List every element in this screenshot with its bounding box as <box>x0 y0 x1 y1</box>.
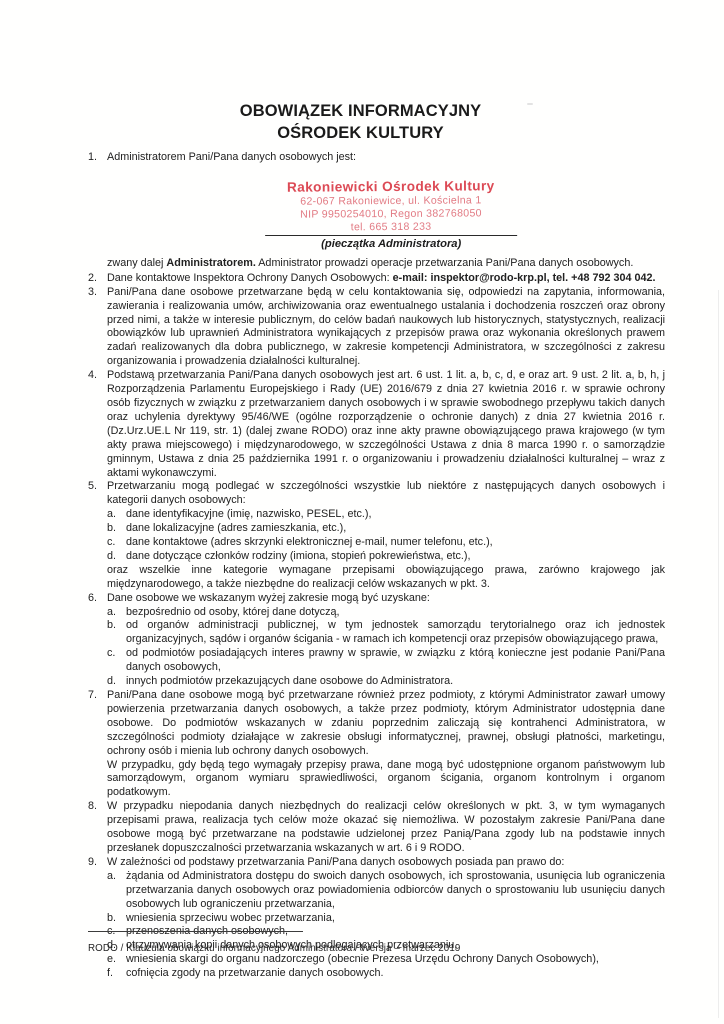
list-item-8: 8. W przypadku niepodania danych niezbęd… <box>88 800 665 856</box>
sub-letter: b. <box>107 619 126 647</box>
sub-text: wniesienia sprzeciwu wobec przetwarzania… <box>126 912 665 926</box>
item-text: Podstawą przetwarzania Pani/Pana danych … <box>107 369 665 480</box>
sub-item-6a: a. bezpośrednio od osoby, której dane do… <box>107 606 665 620</box>
list-item-5: 5. Przetwarzaniu mogą podlegać w szczegó… <box>88 480 665 591</box>
item-number: 8. <box>88 800 107 856</box>
sub-item-9f: f. cofnięcia zgody na przetwarzanie dany… <box>107 967 665 981</box>
item-text-continued: zwany dalej Administratorem. Administrat… <box>107 257 665 271</box>
list-item-7: 7. Pani/Pana dane osobowe mogą być przet… <box>88 689 665 800</box>
item-text: Pani/Pana dane osobowe mogą być przetwar… <box>107 689 665 759</box>
item-text: Pani/Pana dane osobowe przetwarzane będą… <box>107 286 665 369</box>
item-number: 2. <box>88 272 107 286</box>
sub-text: dane dotyczące członków rodziny (imiona,… <box>126 550 665 564</box>
item-number: 4. <box>88 369 107 480</box>
item-intro: W zależności od podstawy przetwarzania P… <box>107 856 665 870</box>
sub-letter: d. <box>107 550 126 564</box>
sub-text: dane identyfikacyjne (imię, nazwisko, PE… <box>126 508 665 522</box>
sub-text: dane lokalizacyjne (adres zamieszkania, … <box>126 522 665 536</box>
sub-text: żądania od Administratora dostępu do swo… <box>126 870 665 912</box>
item-number: 9. <box>88 856 107 981</box>
stamp-caption: (pieczątka Administratora) <box>241 237 541 252</box>
list-item-6: 6. Dane osobowe we wskazanym wyżej zakre… <box>88 592 665 689</box>
item-intro: Przetwarzaniu mogą podlegać w szczególno… <box>107 480 665 508</box>
item-number: 3. <box>88 286 107 369</box>
sub-item-5c: c. dane kontaktowe (adres skrzynki elekt… <box>107 536 665 550</box>
sub-item-9a: a. żądania od Administratora dostępu do … <box>107 870 665 912</box>
inspector-contact: e-mail: inspektor@rodo-krp.pl, tel. +48 … <box>393 272 656 284</box>
sub-letter: c. <box>107 536 126 550</box>
list-item-2: 2. Dane kontaktowe Inspektora Ochrony Da… <box>88 272 665 286</box>
sub-letter: c. <box>107 647 126 675</box>
sub-letter: a. <box>107 508 126 522</box>
sub-text: od organów administracji publicznej, w t… <box>126 619 665 647</box>
scan-edge-artifact <box>718 290 719 1018</box>
sub-text: dane kontaktowe (adres skrzynki elektron… <box>126 536 665 550</box>
item-number: 7. <box>88 689 107 800</box>
item-intro: Dane osobowe we wskazanym wyżej zakresie… <box>107 592 665 606</box>
list-item-3: 3. Pani/Pana dane osobowe przetwarzane b… <box>88 286 665 369</box>
administrator-stamp: Rakoniewicki Ośrodek Kultury 62-067 Rako… <box>241 177 542 253</box>
page-footer: RODO / Klauzula obowiązku informacyjnego… <box>88 931 460 956</box>
document-page: OBOWIĄZEK INFORMACYJNY OŚRODEK KULTURY 1… <box>0 0 724 1024</box>
item-text: Dane kontaktowe Inspektora Ochrony Danyc… <box>107 272 665 286</box>
item-number: 1. <box>88 151 107 272</box>
sub-item-5a: a. dane identyfikacyjne (imię, nazwisko,… <box>107 508 665 522</box>
sub-item-5b: b. dane lokalizacyjne (adres zamieszkani… <box>107 522 665 536</box>
document-content: OBOWIĄZEK INFORMACYJNY OŚRODEK KULTURY 1… <box>88 100 665 981</box>
item-text: Administratorem Pani/Pana danych osobowy… <box>107 151 665 165</box>
sub-text: innych podmiotów przekazujących dane oso… <box>126 675 665 689</box>
sub-item-6d: d. innych podmiotów przekazujących dane … <box>107 675 665 689</box>
sub-item-6c: c. od podmiotów posiadających interes pr… <box>107 647 665 675</box>
title-line-2: OŚRODEK KULTURY <box>72 122 649 144</box>
sub-text: cofnięcia zgody na przetwarzanie danych … <box>126 967 665 981</box>
item-text: W przypadku niepodania danych niezbędnyc… <box>107 800 665 856</box>
list-item-4: 4. Podstawą przetwarzania Pani/Pana dany… <box>88 369 665 480</box>
sub-item-5d: d. dane dotyczące członków rodziny (imio… <box>107 550 665 564</box>
sub-item-9b: b. wniesienia sprzeciwu wobec przetwarza… <box>107 912 665 926</box>
stamp-underline <box>265 235 517 236</box>
item-text-2: W przypadku, gdy będą tego wymagały prze… <box>107 759 665 801</box>
item-number: 6. <box>88 592 107 689</box>
sub-letter: a. <box>107 606 126 620</box>
stamp-phone: tel. 665 318 233 <box>241 220 541 235</box>
item-outro: oraz wszelkie inne kategorie wymagane pr… <box>107 564 665 592</box>
sub-text: od podmiotów posiadających interes prawn… <box>126 647 665 675</box>
sub-letter: b. <box>107 912 126 926</box>
sub-text: bezpośrednio od osoby, której dane dotyc… <box>126 606 665 620</box>
title-line-1: OBOWIĄZEK INFORMACYJNY <box>72 100 649 122</box>
item-number: 5. <box>88 480 107 591</box>
footer-text: RODO / Klauzula obowiązku informacyjnego… <box>88 942 460 956</box>
sub-letter: b. <box>107 522 126 536</box>
page-title: OBOWIĄZEK INFORMACYJNY OŚRODEK KULTURY <box>72 100 649 144</box>
list-item-9: 9. W zależności od podstawy przetwarzani… <box>88 856 665 981</box>
sub-letter: d. <box>107 675 126 689</box>
list-item-1: 1. Administratorem Pani/Pana danych osob… <box>88 151 665 272</box>
sub-letter: f. <box>107 967 126 981</box>
sub-letter: a. <box>107 870 126 912</box>
stamp-organization-name: Rakoniewicki Ośrodek Kultury <box>241 177 541 196</box>
sub-item-6b: b. od organów administracji publicznej, … <box>107 619 665 647</box>
footer-rule <box>88 931 303 932</box>
